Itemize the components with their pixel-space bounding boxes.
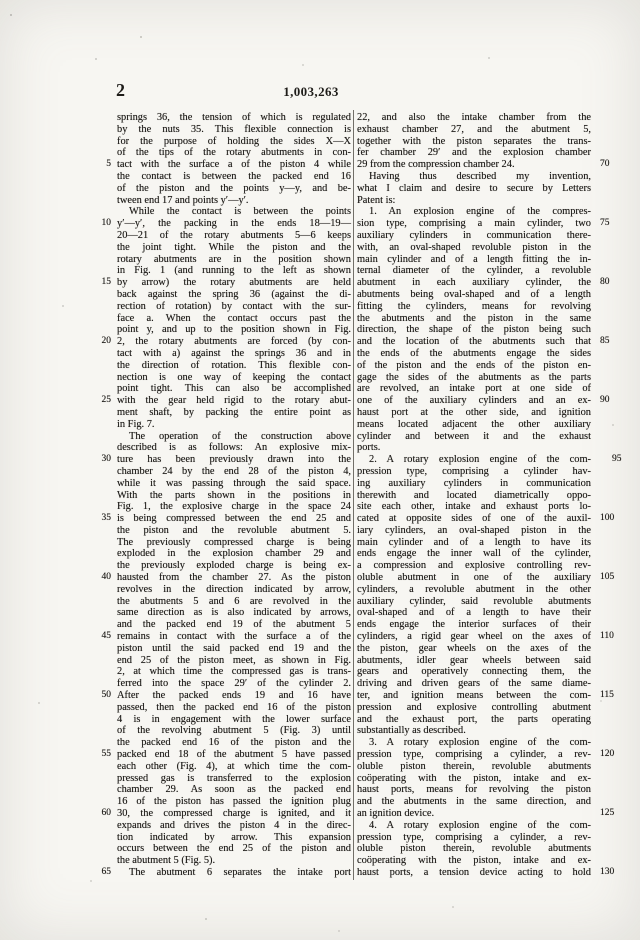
text-line: pression and explosive controlling abutm… [357,702,591,714]
text-line: 125an ignition device. [357,808,591,820]
text-line: and the packed end 19 of the abutment 5 [117,619,351,631]
text-line: 7029 from the compression chamber 24. [357,159,591,171]
margin-line-number: 95 [600,454,622,466]
text-line: the piston and the revoluble abutment 5. [117,525,351,537]
text-line: same direction as is also indicated by a… [117,607,351,619]
text-line: auxiliary cylinder, said revoluble abutm… [357,596,591,608]
text-line: 1. An explosion engine of the compres- [357,206,591,218]
text-line: springs 36, the tension of which is regu… [117,112,351,124]
text-line: rection of rotation) by contact with the… [117,301,351,313]
margin-line-number: 15 [102,277,112,289]
text-line: 55packed end 18 of the abutment 5 have p… [117,749,351,761]
text-line: The operation of the construction above [117,431,351,443]
text-line: Fig. 1, the explosive charge in the spac… [117,501,351,513]
text-line: 130haust ports, a tension device acting … [357,867,591,879]
text-line: ends engage the inner wall of the cylind… [357,548,591,560]
text-line: with, an oval-shaped revoluble piston in… [357,242,591,254]
text-line: point y, and up to the position shown in… [117,324,351,336]
margin-line-number: 20 [102,336,112,348]
text-line: main cylinder and of a length fitting th… [357,254,591,266]
scan-noise [0,0,2,2]
text-line: haust port at the other side, and igniti… [357,407,591,419]
text-line: of the revolving abutment 5 (Fig. 3) unt… [117,725,351,737]
text-line: of the tips of the rotary abutments in c… [117,147,351,159]
margin-line-number: 35 [102,513,112,525]
text-line: 90one of the auxiliary cylinders and an … [357,395,591,407]
text-line: 22, and also the intake chamber from the [357,112,591,124]
text-line: oluble piston therein, revoluble abutmen… [357,843,591,855]
text-line: abutments, idler gear wheels between sai… [357,655,591,667]
text-line: therewith and located diametrically oppo… [357,490,591,502]
margin-line-number: 55 [102,749,112,761]
text-line: means located adjacent the other auxilia… [357,419,591,431]
patent-number: 1,003,263 [0,84,622,100]
text-line: pression type, comprising a cylinder hav… [357,466,591,478]
column-right: 22, and also the intake chamber from the… [357,112,591,879]
text-line: gears and operatively connecting them, t… [357,666,591,678]
text-line: With the parts shown in the positions in [117,490,351,502]
text-line: 40hausted from the chamber 27. As the pi… [117,572,351,584]
margin-line-number: 100 [600,513,614,525]
text-line: chamber 24 by the end 28 of the piston 4… [117,466,351,478]
text-line: 30ture has been previously drawn into th… [117,454,351,466]
text-line: the abutment 5 (Fig. 5). [117,855,351,867]
text-line: and the exhaust port, the parts operatin… [357,714,591,726]
text-line: tion indicated by arrow. This expansion [117,832,351,844]
column-left: springs 36, the tension of which is regu… [117,112,351,879]
text-line: of the piston and the points y—y, and be… [117,183,351,195]
text-line: 25with the gear held rigid to the rotary… [117,395,351,407]
text-line: of the piston and the ends of the piston… [357,360,591,372]
text-line: in Fig. 1 (and running to the left as sh… [117,265,351,277]
patent-page: 2 1,003,263 springs 36, the tension of w… [0,0,640,940]
text-line: a compression and explosive controlling … [357,560,591,572]
text-line: passed, then the packed end 16 of the pi… [117,702,351,714]
text-line: in Fig. 7. [117,419,351,431]
text-line: while it was passing through the said sp… [117,478,351,490]
text-line: the abutments and the piston in the same [357,313,591,325]
text-line: main cylinder and of a length to have it… [357,537,591,549]
margin-line-number: 125 [600,808,614,820]
margin-line-number: 130 [600,867,614,879]
text-line: nection is one way of keeping the contac… [117,372,351,384]
margin-line-number: 90 [600,395,610,407]
text-line: 110cylinders, a rigid gear wheel on the … [357,631,591,643]
margin-line-number: 65 [90,867,112,879]
text-line: tact with a) against the springs 36 and … [117,348,351,360]
text-line: direction, the shape of the piston being… [357,324,591,336]
text-line: each other (Fig. 4), at which time the c… [117,761,351,773]
text-line: chamber 29. As soon as the packed end [117,784,351,796]
text-line: Patent is: [357,195,591,207]
text-line: substantially as described. [357,725,591,737]
text-line: abutments being oval-shaped and of a len… [357,289,591,301]
text-line: 80abutment in each auxiliary cylinder, t… [357,277,591,289]
margin-line-number: 50 [102,690,112,702]
text-line: pression type, comprising a cylinder, a … [357,832,591,844]
text-line: ends engage the interior surfaces of the… [357,619,591,631]
margin-line-number: 60 [102,808,112,820]
text-line: ing auxiliary cylinders in communication [357,478,591,490]
text-line: 50After the packed ends 19 and 16 have [117,690,351,702]
text-line: auxiliary cylinders in communication the… [357,230,591,242]
text-line: piston until the said packed end 19 and … [117,643,351,655]
text-line: iary cylinders, an oval-shaped piston in… [357,525,591,537]
text-line: exhaust chamber 27, and the abutment 5, [357,124,591,136]
text-line: driving and driven gears of the same dia… [357,678,591,690]
text-line: point tight. This can also be accomplish… [117,383,351,395]
text-line: 952. A rotary explosion engine of the co… [357,454,591,466]
margin-line-number: 40 [102,572,112,584]
text-line: oluble piston therein, revoluble abutmen… [357,761,591,773]
margin-line-number: 105 [600,572,614,584]
text-line: 15by arrow) the rotary abutments are hel… [117,277,351,289]
text-line: the abutments 5 and 6 are revolved in th… [117,596,351,608]
text-line: rotary abutments are in the position sho… [117,254,351,266]
column-divider-rule [353,110,354,880]
margin-line-number: 115 [600,690,614,702]
text-line: are revolved, an intake port at one side… [357,383,591,395]
text-line: described is as follows: An explosive mi… [117,442,351,454]
text-line: the ends of the abutments engage the sid… [357,348,591,360]
text-line: back against the spring 36 (against the … [117,289,351,301]
text-line: 16 of the piston has passed the ignition… [117,796,351,808]
text-line: ment shaft, by packing the entire point … [117,407,351,419]
margin-line-number: 70 [600,159,610,171]
text-line: coöperating with the piston, intake and … [357,773,591,785]
text-line: revolves in the direction indicated by a… [117,584,351,596]
margin-line-number: 75 [600,218,610,230]
margin-line-number: 25 [102,395,112,407]
text-line: haust ports, means for revolving the pis… [357,784,591,796]
text-line: 4. A rotary explosion engine of the com- [357,820,591,832]
text-line: 120pression type, comprising a cylinder,… [357,749,591,761]
margin-line-number: 120 [600,749,614,761]
margin-line-number: 5 [106,159,111,171]
text-line: 85and the location of the abutments such… [357,336,591,348]
text-line: for the purpose of holding the sides X—X [117,136,351,148]
margin-line-number: 30 [102,454,112,466]
text-line: fitting the cylinders, means for revolvi… [357,301,591,313]
text-line: While the contact is between the points [117,206,351,218]
text-line: occurs between the end 25 of the piston … [117,843,351,855]
text-line: 45remains in contact with the surface a … [117,631,351,643]
margin-line-number: 80 [600,277,610,289]
text-line: ferred into the space 29′ of the cylinde… [117,678,351,690]
text-line: fer chamber 29′ and the explosion chambe… [357,147,591,159]
text-line: expands and drives the piston 4 in the d… [117,820,351,832]
text-line: 115ter, and ignition means between the c… [357,690,591,702]
text-line: by the nuts 35. This flexible connection… [117,124,351,136]
text-line: what I claim and desire to secure by Let… [357,183,591,195]
text-line: oval-shaped and of a length to have thei… [357,607,591,619]
text-line: 20—21 of the rotary abutments 5—6 keeps [117,230,351,242]
text-line: site each other, intake and exhaust port… [357,501,591,513]
margin-line-number: 10 [102,218,112,230]
margin-line-number: 45 [102,631,112,643]
text-line: ports. [357,442,591,454]
text-line: and the abutments in the same direction,… [357,796,591,808]
text-line: 6030, the compressed charge is ignited, … [117,808,351,820]
text-line: 65The abutment 6 separates the intake po… [117,867,351,879]
text-line: 202, the rotary abutments are forced (by… [117,336,351,348]
text-line: The previously compressed charge is bein… [117,537,351,549]
text-line: the piston, gear wheels on the axes of t… [357,643,591,655]
text-line: face a. When the contact occurs past the [117,313,351,325]
text-line: 3. A rotary explosion engine of the com- [357,737,591,749]
text-line: the joint tight. While the piston and th… [117,242,351,254]
text-line: tween end 17 and points y′—y′. [117,195,351,207]
text-line: 10y′—y′, the packing in the ends 18—19— [117,218,351,230]
text-line: 4 is in engagement with the lower surfac… [117,714,351,726]
text-line: cylinder and between it and the exhaust [357,431,591,443]
text-line: 105oluble abutment in one of the auxilia… [357,572,591,584]
text-line: exploded in the explosion chamber 29 and [117,548,351,560]
text-line: ternal diameter of the cylinder, a revol… [357,265,591,277]
text-line: cylinders, a revoluble abutment in the o… [357,584,591,596]
text-line: coöperating with the piston, intake and … [357,855,591,867]
margin-line-number: 85 [600,336,610,348]
text-line: 100cated at opposite sides of one of the… [357,513,591,525]
text-line: the packed end 16 of the piston and the [117,737,351,749]
text-line: gage the sides of the abutments as the p… [357,372,591,384]
text-line: the direction of rotation. This flexible… [117,360,351,372]
text-line: 35is being compressed between the end 25… [117,513,351,525]
text-line: the contact is between the packed end 16 [117,171,351,183]
margin-line-number: 110 [600,631,614,643]
text-line: pressed gas is transferred to the explos… [117,773,351,785]
text-line: together with the piston separates the t… [357,136,591,148]
text-line: the previously exploded charge is being … [117,560,351,572]
text-line: 5tact with the surface a of the piston 4… [117,159,351,171]
text-line: 75sion type, comprising a main cylinder,… [357,218,591,230]
text-line: Having thus described my invention, [357,171,591,183]
text-line: end 25 of the piston meet, as shown in F… [117,655,351,667]
text-line: 2, at which time the compressed gas is t… [117,666,351,678]
